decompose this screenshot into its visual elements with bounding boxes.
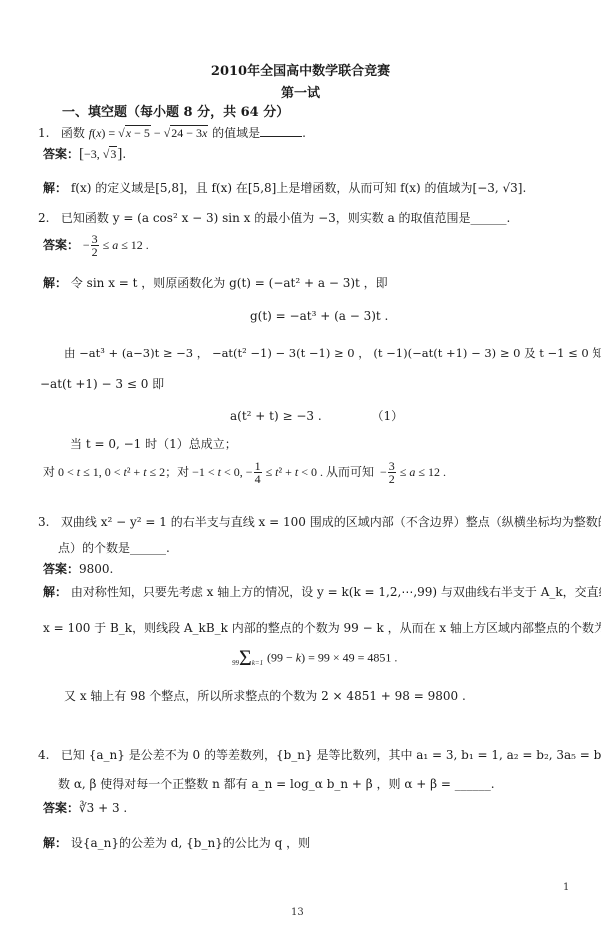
- sigma-icon: 99Σk=1: [232, 648, 263, 668]
- page-number-outer: 13: [291, 905, 304, 921]
- problem-3-answer: 答案：9800.: [43, 561, 113, 577]
- problem-4-answer: 答案：∛3 + 3 .: [43, 800, 127, 816]
- problem-3-solution-cont: x = 100 于 B_k，则线段 A_kB_k 内部的整点的个数为 99 − …: [43, 620, 601, 636]
- fraction: 32: [388, 460, 396, 485]
- answer-label: 答案：: [43, 238, 79, 252]
- document-title: 2010年全国高中数学联合竞赛: [0, 64, 601, 80]
- section-heading: 一、填空题（每小题 8 分，共 64 分）: [62, 105, 289, 121]
- question-suffix: 的值域是: [208, 126, 260, 140]
- problem-2-question: 2. 已知函数 y = (a cos² x − 3) sin x 的最小值为 −…: [38, 210, 510, 226]
- question-text: 已知函数 y = (a cos² x − 3) sin x 的最小值为 −3，则…: [61, 211, 510, 225]
- summation: 99Σk=1 (99 − k) = 99 × 49 = 4851 .: [232, 648, 397, 668]
- answer-label: 答案：: [43, 562, 79, 576]
- solution-text: f(x) 的定义域是[5,8]，且 f(x) 在[5,8]上是增函数，从而可知 …: [71, 181, 526, 195]
- answer-label: 答案：: [43, 147, 79, 161]
- problem-2-answer: 答案： −32 ≤ a ≤ 12 .: [43, 233, 149, 258]
- derivation-continued: −at(t +1) − 3 ≤ 0 即: [40, 376, 164, 392]
- problem-3-question: 3. 双曲线 x² − y² = 1 的右半支与直线 x = 100 围成的区域…: [38, 514, 601, 530]
- answer-blank: [260, 124, 302, 137]
- problem-1-solution: 解： f(x) 的定义域是[5,8]，且 f(x) 在[5,8]上是增函数，从而…: [43, 180, 526, 196]
- problem-number: 3.: [38, 515, 49, 529]
- problem-4-question: 4. 已知 {a_n} 是公差不为 0 的等差数列，{b_n} 是等比数列，其中…: [38, 747, 601, 763]
- problem-4-question-cont: 数 α, β 使得对每一个正整数 n 都有 a_n = log_α b_n + …: [58, 776, 495, 792]
- fraction: 14: [254, 460, 262, 485]
- answer-label: 答案：: [43, 801, 79, 815]
- equation-number: （1）: [372, 409, 404, 423]
- solution-label: 解：: [43, 181, 67, 195]
- problem-number: 2.: [38, 211, 49, 225]
- problem-3-conclusion: 又 x 轴上有 98 个整点，所以所求整点的个数为 2 × 4851 + 98 …: [64, 688, 466, 704]
- document-subtitle: 第一试: [0, 86, 601, 102]
- problem-3-solution: 解： 由对称性知，只要先考虑 x 轴上方的情况，设 y = k(k = 1,2,…: [43, 584, 601, 600]
- inequality-1: a(t² + t) ≥ −3 . （1）: [230, 408, 403, 424]
- solution-label: 解：: [43, 276, 67, 290]
- solution-label: 解：: [43, 836, 67, 850]
- problem-3-question-cont: 点）的个数是______.: [58, 540, 170, 556]
- problem-1-question: 1. 函数 f(x) = √x − 5 − √24 − 3x 的值域是.: [38, 124, 306, 141]
- page-number-inner: 1: [563, 880, 569, 896]
- problem-1-answer: 答案：[−3, √3].: [43, 146, 126, 162]
- problem-4-solution: 解： 设{a_n}的公差为 d, {b_n}的公比为 q ，则: [43, 835, 310, 851]
- question-prefix: 函数: [61, 126, 89, 140]
- equation-g: g(t) = −at³ + (a − 3)t .: [250, 308, 388, 324]
- problem-2-solution-intro: 解： 令 sin x = t ，则原函数化为 g(t) = (−at² + a …: [43, 275, 388, 291]
- problem-number: 4.: [38, 748, 49, 762]
- problem-number: 1.: [38, 126, 49, 140]
- case-t-values: 当 t = 0, −1 时（1）总成立；: [70, 436, 237, 452]
- fraction: 32: [91, 233, 99, 258]
- derivation-line: 由 −at³ + (a−3)t ≥ −3 ， −at(t² −1) − 3(t …: [64, 345, 601, 361]
- solution-label: 解：: [43, 585, 67, 599]
- range-conclusion: 对 0 < t ≤ 1, 0 < t² + t ≤ 2；对 −1 < t < 0…: [43, 460, 446, 485]
